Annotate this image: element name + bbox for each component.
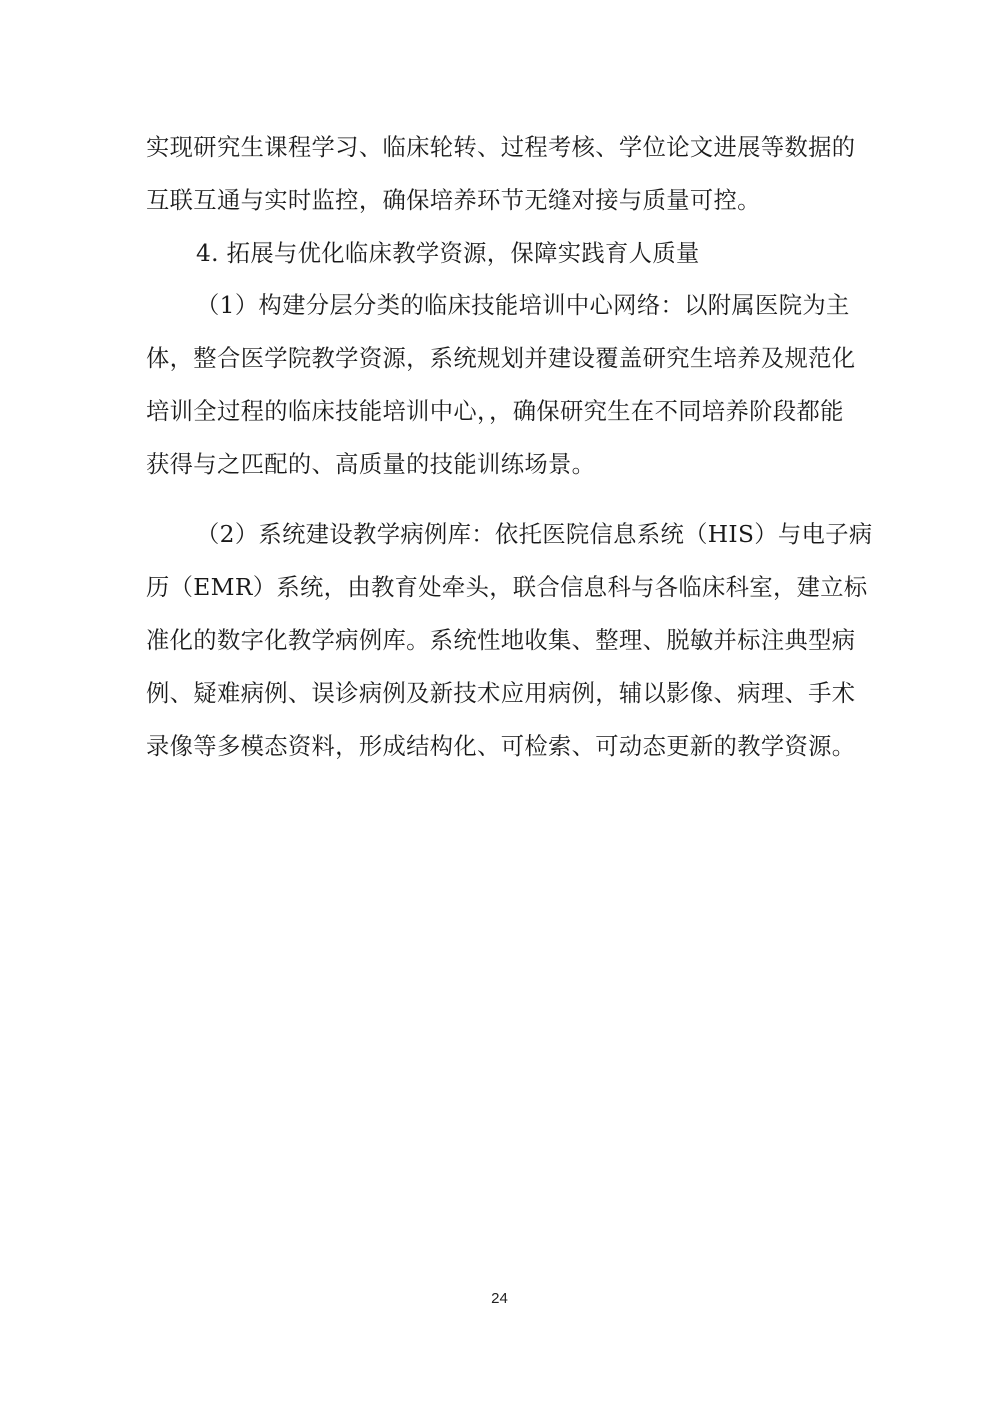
item-1-line: 培训全过程的临床技能培训中心，，确保研究生在不同培养阶段都能 — [146, 397, 856, 427]
item-1-line: 体，整合医学院教学资源，系统规划并建设覆盖研究生培养及规范化 — [146, 344, 856, 374]
item-1-line: 获得与之匹配的、高质量的技能训练场景。 — [146, 450, 856, 480]
item-1-line: （1）构建分层分类的临床技能培训中心网络：以附属医院为主 — [196, 291, 906, 321]
paragraph-line: 实现研究生课程学习、临床轮转、过程考核、学位论文进展等数据的 — [146, 133, 856, 163]
item-2-line: （2）系统建设教学病例库：依托医院信息系统（HIS）与电子病 — [196, 520, 906, 550]
paragraph-line: 互联互通与实时监控，确保培养环节无缝对接与质量可控。 — [146, 186, 856, 216]
document-page: 实现研究生课程学习、临床轮转、过程考核、学位论文进展等数据的 互联互通与实时监控… — [0, 0, 999, 1414]
section-heading: 4. 拓展与优化临床教学资源，保障实践育人质量 — [196, 239, 906, 269]
item-2-line: 录像等多模态资料，形成结构化、可检索、可动态更新的教学资源。 — [146, 732, 856, 762]
item-2-line: 例、疑难病例、误诊病例及新技术应用病例，辅以影像、病理、手术 — [146, 679, 856, 709]
item-2-line: 历（EMR）系统，由教育处牵头，联合信息科与各临床科室，建立标 — [146, 573, 856, 603]
item-2-line: 准化的数字化教学病例库。系统性地收集、整理、脱敏并标注典型病 — [146, 626, 856, 656]
page-number: 24 — [0, 1290, 999, 1307]
